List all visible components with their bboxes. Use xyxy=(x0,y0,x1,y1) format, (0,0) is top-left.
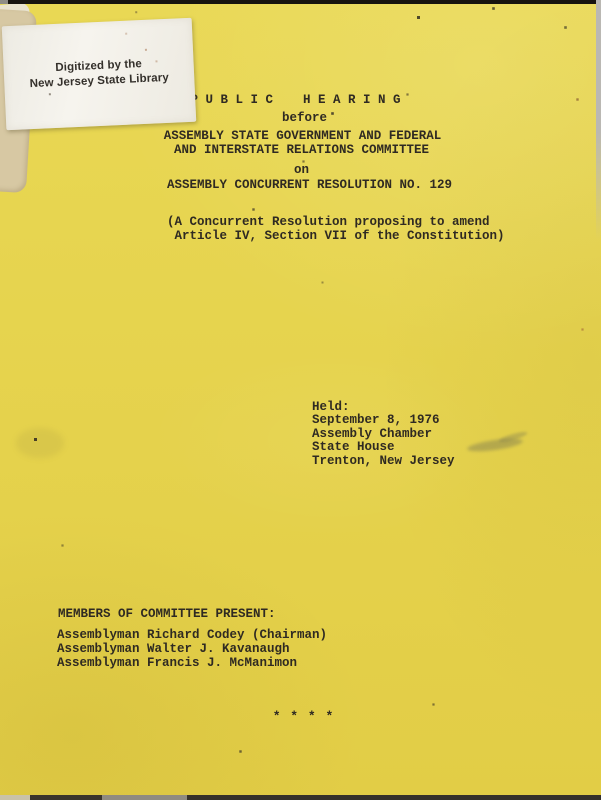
scan-edge-top xyxy=(0,0,601,4)
member-name: Assemblyman Francis J. McManimon xyxy=(57,657,297,671)
title-on-word: on xyxy=(1,164,601,178)
hearing-location-building: State House xyxy=(312,441,395,455)
paper-stain xyxy=(16,428,64,458)
scan-edge-bottom xyxy=(0,795,601,800)
hearing-date: September 8, 1976 xyxy=(312,414,440,428)
members-heading: MEMBERS OF COMMITTEE PRESENT: xyxy=(58,608,276,622)
member-name: Assemblyman Richard Codey (Chairman) xyxy=(57,629,327,643)
sticker-line-2: New Jersey State Library xyxy=(29,71,169,92)
scan-edge-right xyxy=(596,0,601,240)
committee-name-line-2: AND INTERSTATE RELATIONS COMMITTEE xyxy=(1,144,601,158)
resolution-description-line-2: Article IV, Section VII of the Constitut… xyxy=(167,230,505,244)
asterisk-separator: * * * * xyxy=(3,710,601,724)
resolution-description-line-1: (A Concurrent Resolution proposing to am… xyxy=(167,216,490,230)
scanned-document-page: Digitized by the New Jersey State Librar… xyxy=(0,0,601,800)
committee-name-line-1: ASSEMBLY STATE GOVERNMENT AND FEDERAL xyxy=(2,130,601,144)
hearing-location-city: Trenton, New Jersey xyxy=(312,455,455,469)
digitized-by-library-sticker: Digitized by the New Jersey State Librar… xyxy=(2,18,197,131)
member-name: Assemblyman Walter J. Kavanaugh xyxy=(57,643,290,657)
resolution-number-line: ASSEMBLY CONCURRENT RESOLUTION NO. 129 xyxy=(9,179,601,193)
